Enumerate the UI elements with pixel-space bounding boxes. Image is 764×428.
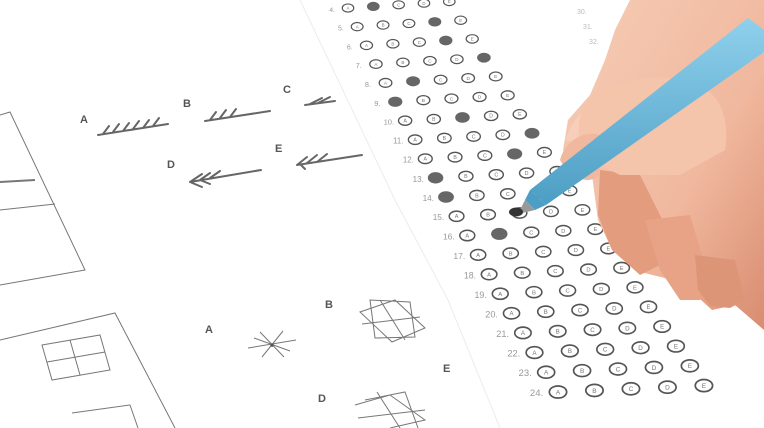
bubble-letter: B — [532, 290, 536, 296]
bubble-letter: B — [464, 174, 468, 180]
bubble-letter: E — [448, 0, 451, 4]
bubble-letter: A — [544, 370, 549, 377]
option-label: C — [283, 84, 291, 96]
filled-bubble — [407, 77, 420, 86]
bubble-letter: B — [544, 310, 548, 316]
bubble-letter: B — [453, 155, 457, 161]
row-number: 5. — [338, 26, 344, 33]
bubble-letter: B — [568, 348, 572, 355]
bubble-letter: E — [471, 37, 474, 42]
bubble-letter: D — [586, 268, 590, 274]
row-number: 32. — [589, 39, 599, 46]
bubble-letter: C — [472, 134, 476, 140]
row-number: 24. — [530, 388, 543, 399]
answer-sheet-photo: ABCDEABDE4.ACDE5.ABCE6.ABCE7.ABCD8.ACDE9… — [0, 0, 764, 428]
row-number: 23. — [519, 368, 532, 379]
bubble-letter: E — [593, 227, 597, 233]
bubble-letter: C — [603, 347, 608, 354]
bubble-letter: C — [529, 230, 533, 236]
bubble-letter: E — [568, 189, 572, 195]
filled-bubble — [478, 53, 490, 62]
bubble-letter: C — [565, 289, 570, 295]
filled-bubble — [439, 192, 453, 202]
bubble-letter: A — [413, 138, 417, 144]
bubble-letter: A — [424, 157, 428, 163]
row-number: 16. — [443, 232, 455, 242]
bubble-letter: D — [612, 307, 617, 313]
row-number: 22. — [507, 348, 520, 359]
bubble-letter: E — [459, 18, 462, 23]
bubble-letter: C — [450, 96, 454, 102]
bubble-letter: A — [487, 272, 491, 278]
bubble-letter: E — [607, 247, 611, 253]
bubble-letter: A — [498, 292, 502, 298]
pen-mark — [509, 208, 523, 217]
bubble-letter: C — [483, 153, 487, 159]
row-number: 31. — [583, 24, 593, 31]
row-number: 12. — [403, 156, 414, 165]
option-label: E — [275, 143, 282, 155]
bubble-letter: C — [590, 327, 595, 334]
bubble-letter: B — [401, 60, 404, 65]
bubble-letter: A — [476, 253, 480, 259]
bubble-letter: D — [549, 209, 553, 215]
bubble-letter: E — [688, 363, 692, 370]
bubble-letter: B — [580, 368, 584, 375]
filled-bubble — [525, 129, 539, 138]
bubble-letter: E — [581, 208, 585, 214]
bubble-letter: A — [455, 214, 459, 220]
bubble-letter: B — [391, 41, 394, 46]
bubble-letter: D — [638, 345, 643, 352]
bubble-letter: A — [556, 389, 561, 396]
option-label: B — [325, 299, 333, 311]
bubble-letter: B — [443, 136, 447, 142]
row-number: 30. — [577, 9, 587, 16]
bubble-letter: C — [407, 21, 410, 26]
bubble-letter: C — [629, 386, 634, 393]
bubble-letter: B — [422, 98, 425, 104]
row-number: 7. — [356, 61, 362, 70]
bubble-letter: E — [647, 305, 651, 311]
bubble-letter: D — [422, 1, 425, 6]
option-label: D — [167, 159, 175, 171]
option-label: B — [183, 98, 191, 110]
bubble-letter: B — [382, 23, 385, 28]
bubble-letter: C — [541, 250, 545, 256]
bubble-letter: E — [543, 150, 547, 156]
bubble-letter: E — [660, 324, 664, 331]
filled-bubble — [440, 36, 452, 44]
bubble-letter: E — [702, 383, 707, 390]
bubble-letter: C — [506, 192, 510, 198]
row-number: 11. — [393, 137, 403, 146]
bubble-letter: D — [501, 133, 505, 139]
bubble-letter: E — [620, 266, 624, 272]
bubble-letter: B — [556, 329, 560, 336]
filled-bubble — [429, 173, 443, 183]
bubble-letter: B — [592, 388, 596, 395]
bubble-letter: D — [599, 287, 603, 293]
row-number: 13. — [413, 175, 424, 184]
bubble-letter: A — [510, 311, 514, 317]
option-label: A — [205, 324, 213, 336]
bubble-letter: D — [652, 365, 657, 372]
bubble-letter: C — [616, 366, 621, 373]
bubble-letter: A — [365, 43, 368, 48]
bubble-letter: A — [356, 24, 359, 29]
bubble-letter: D — [478, 95, 482, 101]
bubble-letter: D — [525, 171, 529, 177]
filled-bubble — [368, 2, 380, 10]
row-number: 20. — [485, 309, 498, 319]
row-number: 10. — [384, 118, 395, 127]
bubble-letter: D — [665, 385, 670, 392]
option-label: D — [318, 393, 326, 405]
bubble-letter: D — [561, 229, 565, 235]
bubble-letter: E — [633, 286, 637, 292]
photo-scene: ABCDEABDE4.ACDE5.ABCE6.ABCE7.ABCD8.ACDE9… — [0, 0, 764, 428]
bubble-letter: B — [520, 271, 524, 277]
filled-bubble — [429, 18, 441, 26]
bubble-letter: E — [494, 74, 497, 80]
bubble-letter: B — [475, 193, 479, 199]
filled-bubble — [389, 97, 402, 106]
row-number: 4. — [329, 7, 335, 14]
row-number: 15. — [433, 212, 445, 222]
bubble-letter: D — [489, 114, 493, 120]
filled-bubble — [456, 113, 469, 122]
row-number: 6. — [347, 44, 353, 51]
bubble-letter: C — [439, 77, 443, 83]
option-label: E — [443, 363, 450, 375]
row-number: 21. — [496, 329, 509, 339]
row-number: 17. — [453, 251, 465, 261]
filled-bubble — [508, 149, 522, 159]
bubble-letter: C — [553, 269, 557, 275]
bubble-letter: C — [494, 173, 498, 179]
bubble-letter: C — [397, 2, 400, 7]
row-number: 19. — [475, 290, 487, 300]
bubble-letter: D — [625, 325, 630, 332]
bubble-letter: B — [486, 213, 490, 219]
bubble-letter: E — [674, 343, 678, 350]
row-number: 9. — [374, 99, 380, 108]
bubble-letter: C — [578, 308, 583, 314]
row-number: 18. — [464, 270, 476, 280]
filled-bubble — [492, 229, 507, 239]
bubble-letter: D — [574, 248, 578, 254]
bubble-letter: A — [347, 6, 350, 11]
row-number: 8. — [365, 80, 371, 89]
bubble-letter: D — [466, 76, 470, 82]
row-number: 14. — [423, 194, 434, 203]
option-label: A — [80, 114, 88, 126]
bubble-letter: B — [509, 251, 513, 257]
bubble-letter: A — [465, 234, 469, 240]
